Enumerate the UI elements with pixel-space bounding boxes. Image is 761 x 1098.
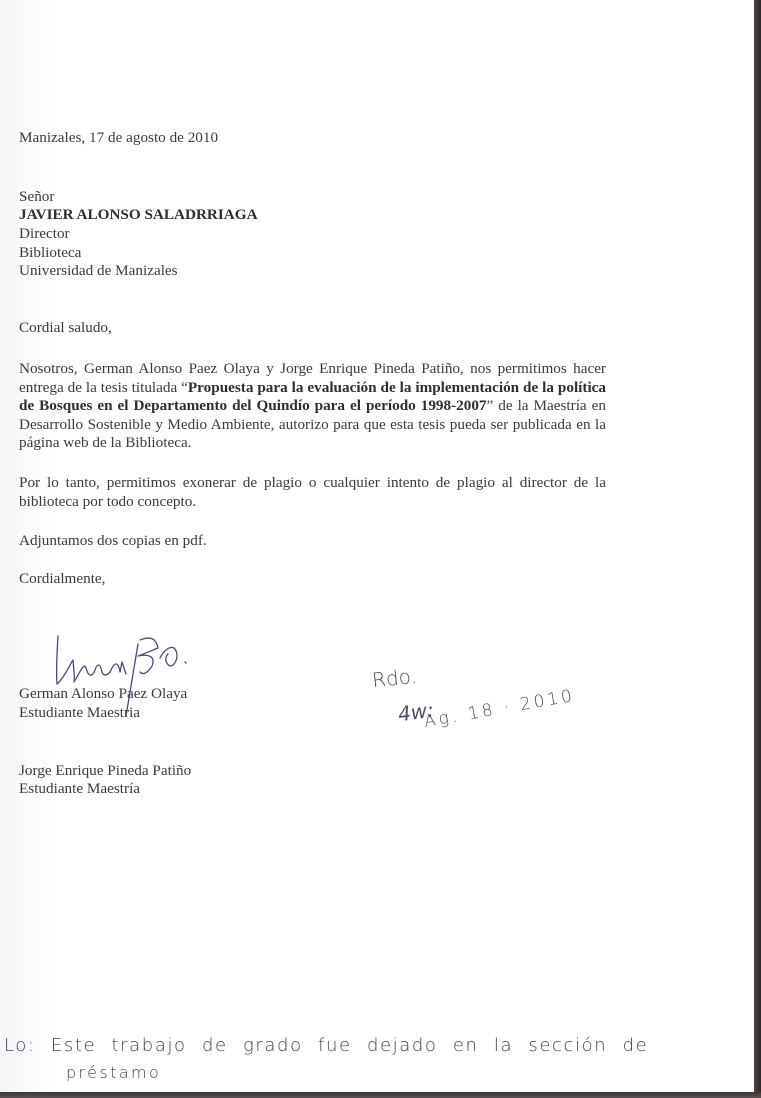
recipient-name: JAVIER ALONSO SALADRRIAGA [19, 206, 258, 225]
recipient-position: Director [19, 225, 70, 244]
signatory-1-role: Estudiante Maestria [19, 704, 140, 723]
receipt-line-1: Rdo. [371, 664, 418, 693]
body-paragraph-2: Por lo tanto, permitimos exonerar de pla… [19, 474, 606, 511]
date-line: Manizales, 17 de agosto de 2010 [19, 129, 218, 148]
body-paragraph-3: Adjuntamos dos copias en pdf. [19, 532, 207, 551]
handwritten-footer-note-line-1: Lo: Este trabajo de grado fue dejado en … [4, 1035, 648, 1056]
greeting: Cordial saludo, [19, 319, 112, 338]
body-paragraph-1: Nosotros, German Alonso Paez Olaya y Jor… [19, 360, 606, 453]
signatory-1-name: German Alonso Paez Olaya [19, 685, 187, 704]
recipient-department: Biblioteca [19, 244, 81, 263]
signatory-2-role: Estudiante Maestría [19, 780, 140, 799]
recipient-salutation-title: Señor [19, 188, 54, 207]
handwritten-footer-note-line-2: préstamo [66, 1063, 161, 1082]
signatory-2-name: Jorge Enrique Pineda Patiño [19, 762, 191, 781]
receipt-date: Ag. 18 · 2010 [423, 686, 577, 732]
scanner-bottom-edge [0, 1092, 761, 1098]
scanner-right-edge [754, 0, 761, 1098]
closing: Cordialmente, [19, 570, 105, 589]
scanned-letter-page: Manizales, 17 de agosto de 2010 Señor JA… [0, 0, 754, 1092]
recipient-institution: Universidad de Manizales [19, 262, 178, 281]
